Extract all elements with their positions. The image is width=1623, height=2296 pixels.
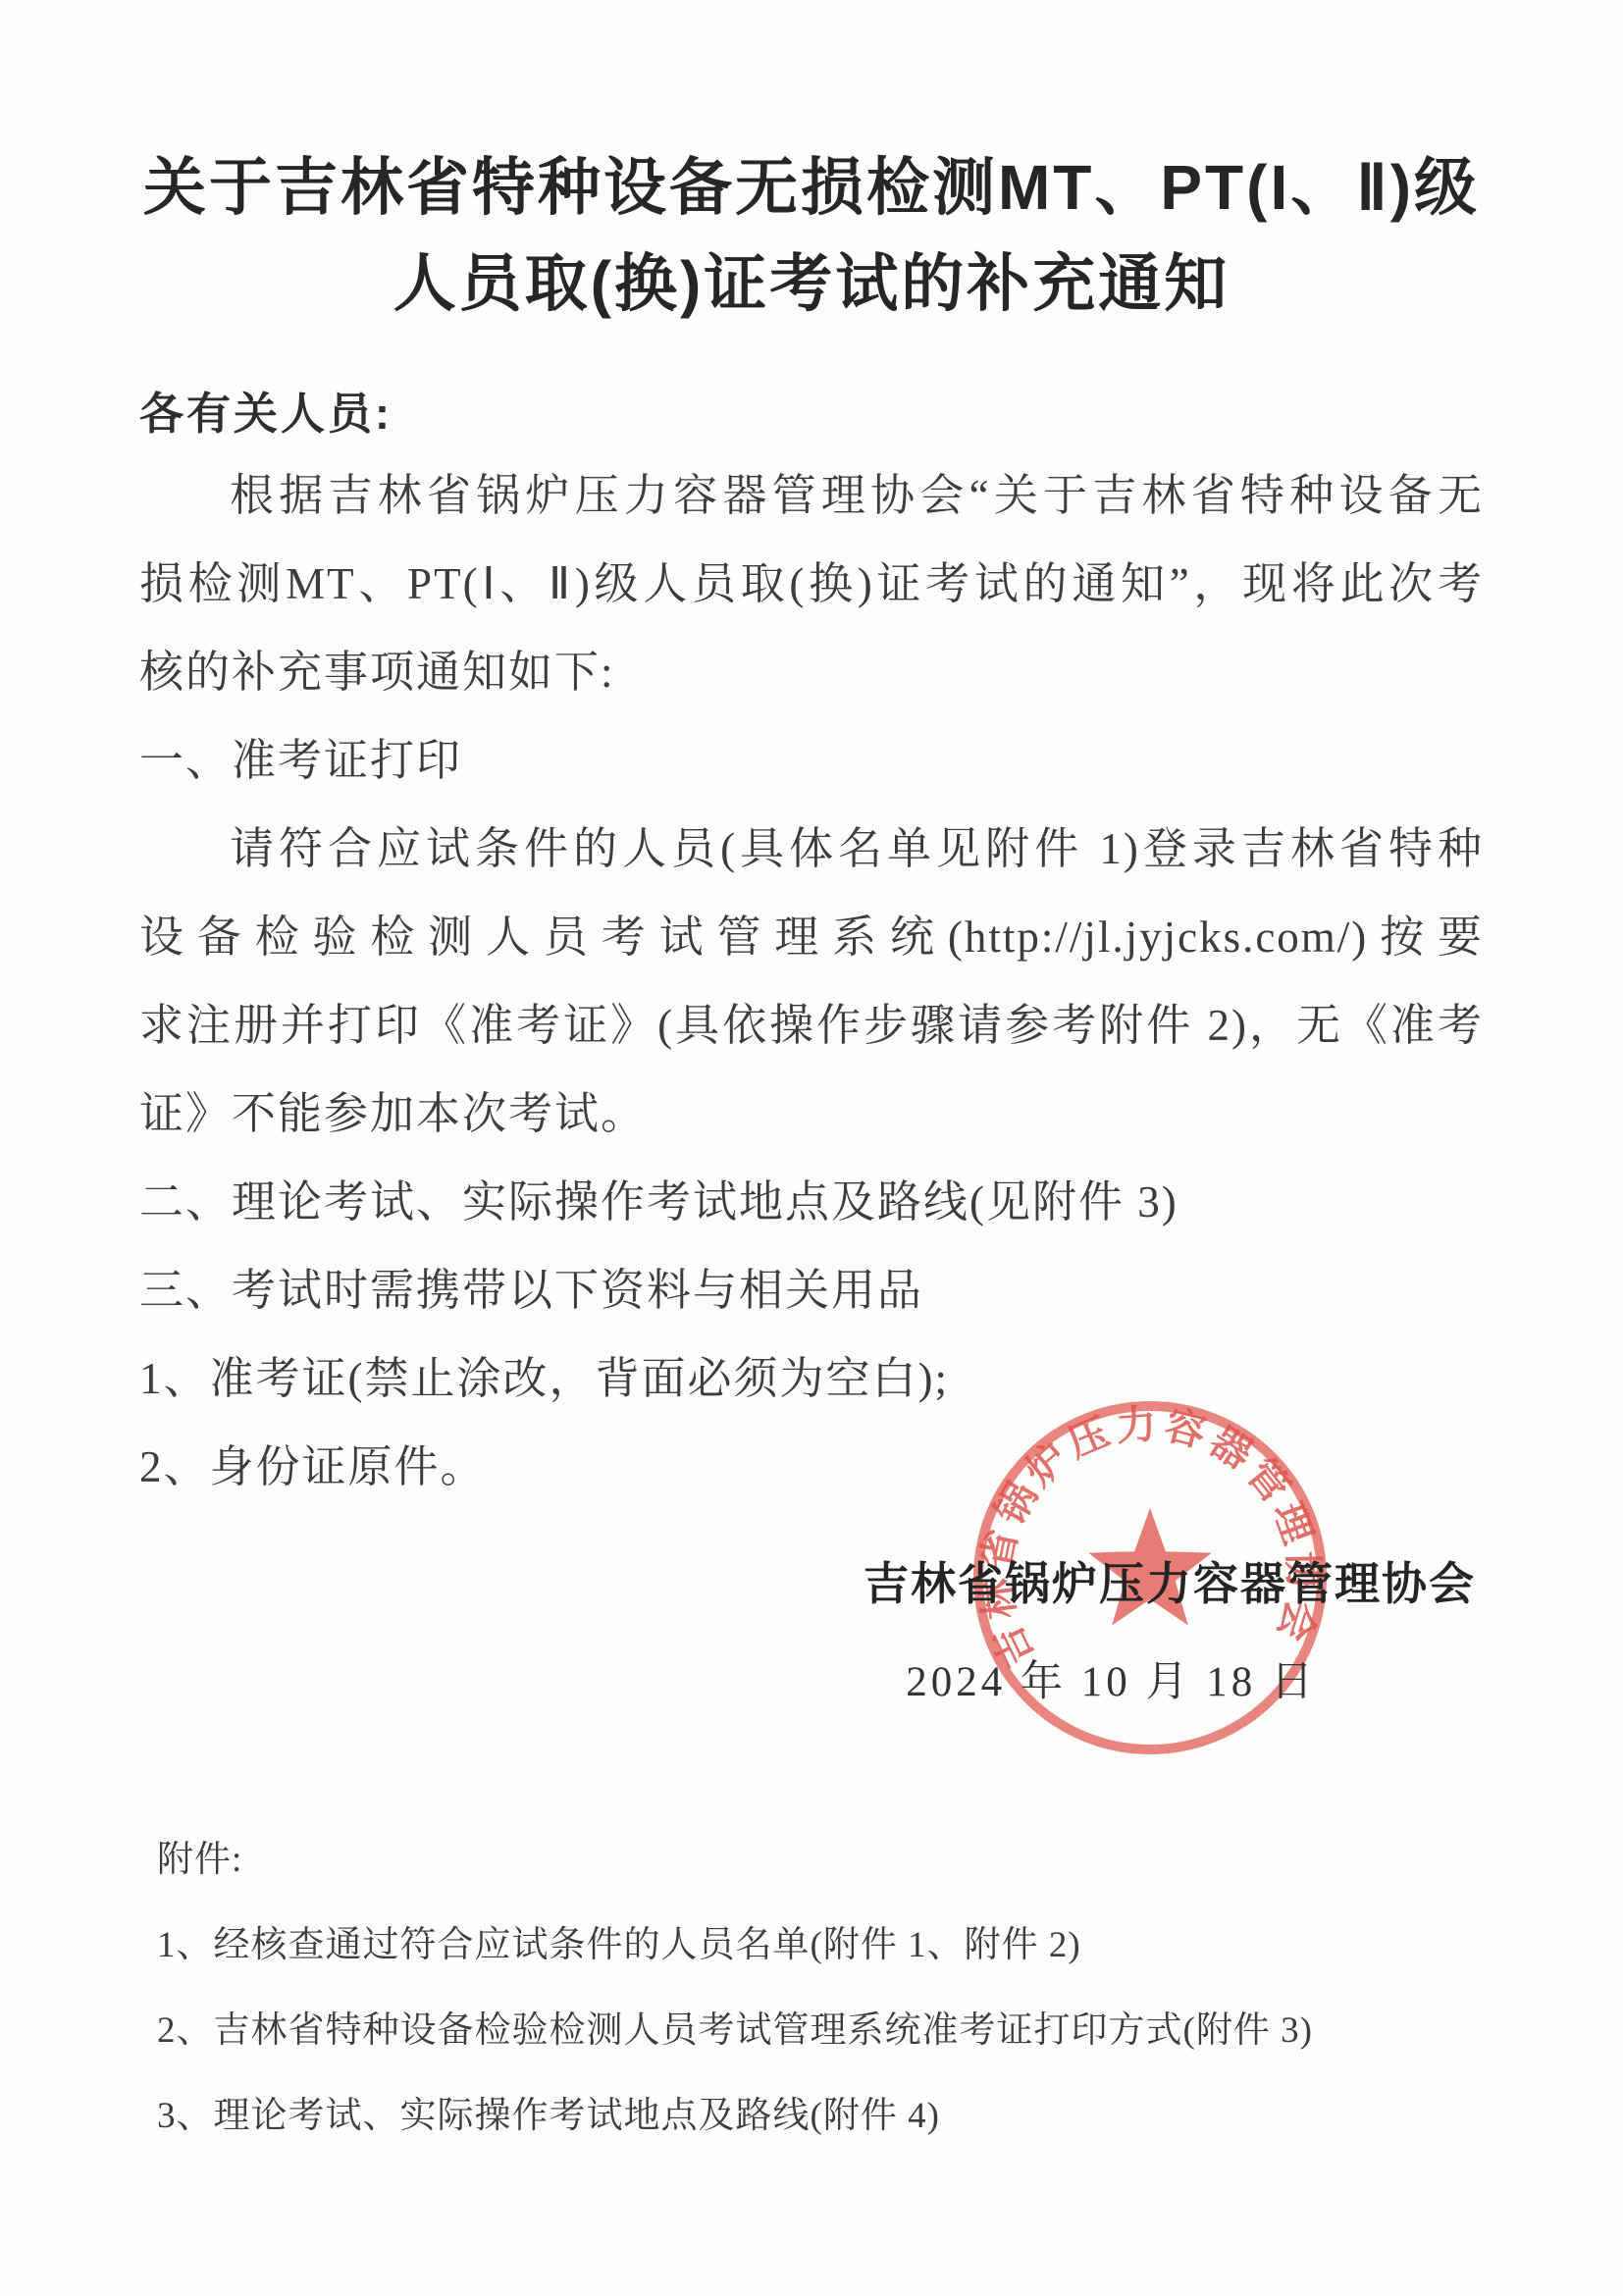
document-title-line1: 关于吉林省特种设备无损检测MT、PT(I、Ⅱ)级 (0, 137, 1623, 228)
body-line-with-url: 设备检验检测人员考试管理系统(http://jl.jyjcks.com/)按要 (139, 893, 1484, 981)
section-heading-2: 二、理论考试、实际操作考试地点及路线(见附件 3) (139, 1158, 1484, 1246)
attachment-item: 1、经核查通过符合应试条件的人员名单(附件 1、附件 2) (157, 1903, 1505, 1988)
body-line: 根据吉林省锅炉压力容器管理协会“关于吉林省特种设备无 (139, 451, 1484, 540)
document-title-line2: 人员取(换)证考试的补充通知 (0, 234, 1623, 324)
body-line: 核的补充事项通知如下: (139, 628, 1484, 716)
document-page: 关于吉林省特种设备无损检测MT、PT(I、Ⅱ)级 人员取(换)证考试的补充通知 … (0, 0, 1623, 2296)
signature-organization: 吉林省锅炉压力容器管理协会 (864, 1548, 1476, 1613)
section-heading-3: 三、考试时需携带以下资料与相关用品 (139, 1246, 1484, 1334)
notice-body: 根据吉林省锅炉压力容器管理协会“关于吉林省特种设备无 损检测MT、PT(Ⅰ、Ⅱ)… (139, 451, 1484, 1511)
signature-date: 2024 年 10 月 18 日 (906, 1648, 1317, 1708)
body-line: 证》不能参加本次考试。 (139, 1070, 1484, 1158)
salutation: 各有关人员: (139, 378, 393, 442)
section-heading-1: 一、准考证打印 (139, 716, 1484, 805)
attachments-section: 附件: 1、经核查通过符合应试条件的人员名单(附件 1、附件 2) 2、吉林省特… (157, 1817, 1505, 2159)
attachments-label: 附件: (157, 1817, 1505, 1903)
attachment-item: 3、理论考试、实际操作考试地点及路线(附件 4) (157, 2073, 1505, 2159)
body-line: 损检测MT、PT(Ⅰ、Ⅱ)级人员取(换)证考试的通知”，现将此次考 (139, 540, 1484, 628)
body-line: 求注册并打印《准考证》(具依操作步骤请参考附件 2)，无《准考 (139, 981, 1484, 1070)
attachment-item: 2、吉林省特种设备检验检测人员考试管理系统准考证打印方式(附件 3) (157, 1988, 1505, 2073)
body-line: 请符合应试条件的人员(具体名单见附件 1)登录吉林省特种 (139, 805, 1484, 893)
